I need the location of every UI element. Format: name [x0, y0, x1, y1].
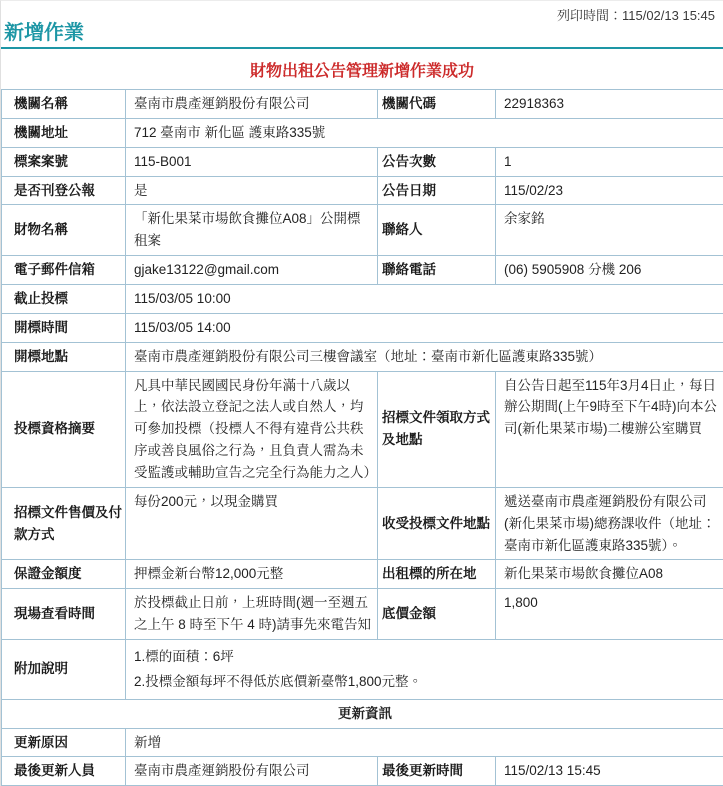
label-property-location: 出租標的所在地 — [378, 560, 496, 589]
value-doc-price: 每份200元，以現金購買 — [126, 487, 378, 560]
table-row: 保證金額度 押標金新台幣12,000元整 出租標的所在地 新化果菜市場飲食攤位A… — [2, 560, 723, 589]
page: 列印時間：115/02/13 15:45 新增作業 財物出租公告管理新增作業成功… — [0, 0, 723, 786]
value-org-code: 22918363 — [496, 90, 723, 119]
print-time: 列印時間：115/02/13 15:45 — [1, 1, 723, 21]
value-opening-location: 臺南市農產運銷股份有限公司三樓會議室（地址：臺南市新化區護東路335號） — [126, 342, 723, 371]
label-qualification-summary: 投標資格摘要 — [2, 371, 126, 487]
value-email: gjake13122@gmail.com — [126, 256, 378, 285]
table-row: 最後更新人員 臺南市農產運銷股份有限公司 最後更新時間 115/02/13 15… — [2, 757, 723, 786]
page-title: 新增作業 — [1, 22, 723, 49]
value-contact-person: 余家銘 — [496, 205, 723, 256]
value-org-address: 712 臺南市 新化區 護東路335號 — [126, 118, 723, 147]
value-last-updater: 臺南市農產運銷股份有限公司 — [126, 757, 378, 786]
label-opening-time: 開標時間 — [2, 313, 126, 342]
table-row: 附加說明 1.標的面積：6坪 2.投標金額每坪不得低於底價新臺幣1,800元整。 — [2, 640, 723, 700]
value-floor-price: 1,800 — [496, 589, 723, 640]
label-last-update-time: 最後更新時間 — [378, 757, 496, 786]
table-row: 更新資訊 — [2, 699, 723, 728]
update-info-section-header: 更新資訊 — [2, 699, 723, 728]
label-case-number: 標案案號 — [2, 147, 126, 176]
value-additional-notes: 1.標的面積：6坪 2.投標金額每坪不得低於底價新臺幣1,800元整。 — [126, 640, 723, 700]
value-doc-receive-location: 遞送臺南市農產運銷股份有限公司(新化果菜市場)總務課收件（地址：臺南市新化區護東… — [496, 487, 723, 560]
label-org-name: 機關名稱 — [2, 90, 126, 119]
label-phone: 聯絡電話 — [378, 256, 496, 285]
value-deposit: 押標金新台幣12,000元整 — [126, 560, 378, 589]
table-row: 截止投標 115/03/05 10:00 — [2, 285, 723, 314]
label-last-updater: 最後更新人員 — [2, 757, 126, 786]
value-phone: (06) 5905908 分機 206 — [496, 256, 723, 285]
value-org-name: 臺南市農產運銷股份有限公司 — [126, 90, 378, 119]
value-bid-deadline: 115/03/05 10:00 — [126, 285, 723, 314]
label-org-address: 機關地址 — [2, 118, 126, 147]
value-opening-time: 115/03/05 14:00 — [126, 313, 723, 342]
table-row: 財物名稱 「新化果菜市場飲食攤位A08」公開標租案 聯絡人 余家銘 — [2, 205, 723, 256]
label-org-code: 機關代碼 — [378, 90, 496, 119]
value-update-reason: 新增 — [126, 728, 723, 757]
table-row: 是否刊登公報 是 公告日期 115/02/23 — [2, 176, 723, 205]
table-row: 現場查看時間 於投標截止日前，上班時間(週一至週五之上午 8 時至下午 4 時)… — [2, 589, 723, 640]
value-announce-date: 115/02/23 — [496, 176, 723, 205]
label-doc-price: 招標文件售價及付款方式 — [2, 487, 126, 560]
label-announce-date: 公告日期 — [378, 176, 496, 205]
label-floor-price: 底價金額 — [378, 589, 496, 640]
table-row: 更新原因 新增 — [2, 728, 723, 757]
value-gazette-flag: 是 — [126, 176, 378, 205]
table-row: 標案案號 115-B001 公告次數 1 — [2, 147, 723, 176]
label-doc-pickup: 招標文件領取方式及地點 — [378, 371, 496, 487]
label-deposit: 保證金額度 — [2, 560, 126, 589]
label-announce-count: 公告次數 — [378, 147, 496, 176]
table-row: 開標時間 115/03/05 14:00 — [2, 313, 723, 342]
value-announce-count: 1 — [496, 147, 723, 176]
label-doc-receive-location: 收受投標文件地點 — [378, 487, 496, 560]
table-row: 機關地址 712 臺南市 新化區 護東路335號 — [2, 118, 723, 147]
label-additional-notes: 附加說明 — [2, 640, 126, 700]
label-bid-deadline: 截止投標 — [2, 285, 126, 314]
table-row: 機關名稱 臺南市農產運銷股份有限公司 機關代碼 22918363 — [2, 90, 723, 119]
table-row: 投標資格摘要 凡具中華民國國民身份年滿十八歲以上，依法設立登記之法人或自然人，均… — [2, 371, 723, 487]
table-row: 招標文件售價及付款方式 每份200元，以現金購買 收受投標文件地點 遞送臺南市農… — [2, 487, 723, 560]
value-qualification-summary: 凡具中華民國國民身份年滿十八歲以上，依法設立登記之法人或自然人，均可參加投標（投… — [126, 371, 378, 487]
value-case-number: 115-B001 — [126, 147, 378, 176]
label-contact-person: 聯絡人 — [378, 205, 496, 256]
table-row: 開標地點 臺南市農產運銷股份有限公司三樓會議室（地址：臺南市新化區護東路335號… — [2, 342, 723, 371]
table-row: 電子郵件信箱 gjake13122@gmail.com 聯絡電話 (06) 59… — [2, 256, 723, 285]
label-opening-location: 開標地點 — [2, 342, 126, 371]
label-update-reason: 更新原因 — [2, 728, 126, 757]
value-last-update-time: 115/02/13 15:45 — [496, 757, 723, 786]
value-property-name: 「新化果菜市場飲食攤位A08」公開標租案 — [126, 205, 378, 256]
value-site-visit-time: 於投標截止日前，上班時間(週一至週五之上午 8 時至下午 4 時)請事先來電告知 — [126, 589, 378, 640]
note-line-1: 1.標的面積：6坪 — [134, 646, 720, 668]
note-line-2: 2.投標金額每坪不得低於底價新臺幣1,800元整。 — [134, 671, 720, 693]
value-doc-pickup: 自公告日起至115年3月4日止，每日辦公期間(上午9時至下午4時)向本公司(新化… — [496, 371, 723, 487]
value-property-location: 新化果菜市場飲食攤位A08 — [496, 560, 723, 589]
form-success-title: 財物出租公告管理新增作業成功 — [1, 49, 723, 89]
label-email: 電子郵件信箱 — [2, 256, 126, 285]
label-gazette-flag: 是否刊登公報 — [2, 176, 126, 205]
label-property-name: 財物名稱 — [2, 205, 126, 256]
announcement-table: 機關名稱 臺南市農產運銷股份有限公司 機關代碼 22918363 機關地址 71… — [1, 89, 723, 786]
label-site-visit-time: 現場查看時間 — [2, 589, 126, 640]
